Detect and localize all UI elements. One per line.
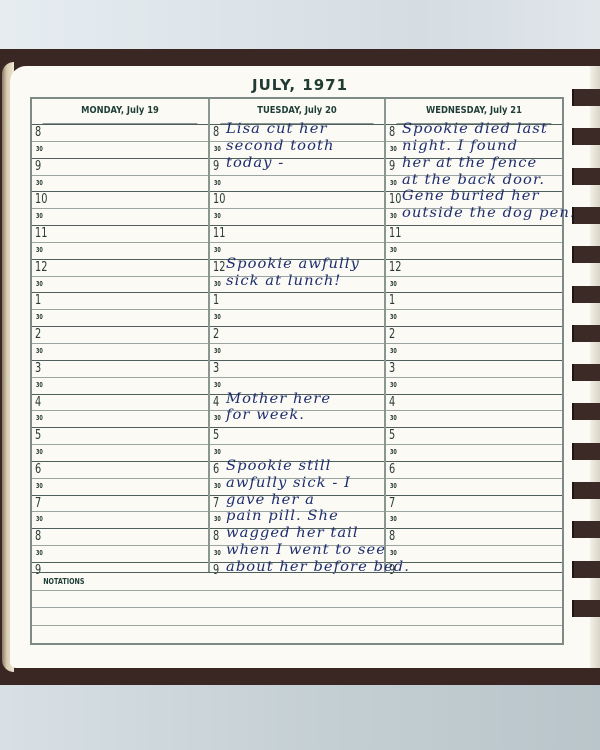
time-slot-row[interactable]: 30for week. bbox=[210, 410, 384, 427]
time-slot-row[interactable]: 1 bbox=[32, 292, 208, 309]
time-slot-row[interactable]: 5 bbox=[386, 427, 562, 444]
time-slot-row[interactable]: 11 bbox=[32, 225, 208, 242]
spiral-ring bbox=[572, 128, 600, 145]
time-slot-row[interactable]: 30 bbox=[32, 175, 208, 192]
time-label: 30 bbox=[214, 246, 221, 254]
time-slot-row[interactable]: 5 bbox=[32, 427, 208, 444]
time-slot-row[interactable]: 10 bbox=[32, 191, 208, 208]
handwritten-entry: Spookie died last bbox=[402, 121, 548, 137]
background-top bbox=[0, 0, 600, 50]
handwritten-entry: night. I found bbox=[402, 138, 518, 154]
time-label: 4 bbox=[35, 395, 41, 411]
time-label: 12 bbox=[389, 260, 401, 276]
time-slot-row[interactable]: 30 bbox=[386, 276, 562, 293]
time-label: 30 bbox=[36, 212, 43, 220]
time-slot-row[interactable]: 6 bbox=[32, 461, 208, 478]
time-slot-row[interactable]: 1 bbox=[386, 292, 562, 309]
time-slot-row[interactable]: 30 bbox=[32, 444, 208, 461]
time-label: 5 bbox=[35, 428, 41, 444]
time-slot-row[interactable]: 3 bbox=[210, 360, 384, 377]
time-slot-row[interactable]: 30 bbox=[386, 511, 562, 528]
time-slot-row[interactable]: 30 bbox=[32, 410, 208, 427]
spiral-ring bbox=[572, 521, 600, 538]
day-column-monday: MONDAY, July 19 830930103011301230130230… bbox=[32, 99, 210, 573]
time-label: 9 bbox=[389, 159, 395, 175]
time-label: 7 bbox=[389, 496, 395, 512]
time-label: 8 bbox=[213, 529, 219, 545]
time-slot-row[interactable]: 11 bbox=[210, 225, 384, 242]
time-slot-row[interactable]: 30 bbox=[386, 343, 562, 360]
time-label: 30 bbox=[214, 448, 221, 456]
time-label: 30 bbox=[390, 212, 397, 220]
handwritten-entry: outside the dog pen. bbox=[402, 205, 576, 221]
time-label: 8 bbox=[389, 125, 395, 141]
handwritten-entry: when I went to see bbox=[226, 542, 386, 558]
spiral-ring bbox=[572, 482, 600, 499]
time-slot-row[interactable]: 30 bbox=[386, 478, 562, 495]
time-slot-row[interactable]: 30 bbox=[210, 208, 384, 225]
planner-page: JULY, 1971 MONDAY, July 19 8309301030113… bbox=[10, 66, 590, 668]
time-slot-row[interactable]: 3 bbox=[386, 360, 562, 377]
time-label: 3 bbox=[35, 361, 41, 377]
handwritten-entry: gave her a bbox=[226, 492, 315, 508]
time-label: 30 bbox=[214, 179, 221, 187]
time-label: 7 bbox=[213, 496, 219, 512]
handwritten-entry: Gene buried her bbox=[402, 188, 540, 204]
time-slot-row[interactable]: 12 bbox=[386, 259, 562, 276]
time-label: 4 bbox=[213, 395, 219, 411]
time-label: 30 bbox=[36, 414, 43, 422]
day-header: MONDAY, July 19 bbox=[43, 99, 198, 124]
time-label: 6 bbox=[213, 462, 219, 478]
time-slot-row[interactable]: 30 bbox=[32, 343, 208, 360]
time-label: 8 bbox=[35, 125, 41, 141]
spiral-ring bbox=[572, 325, 600, 342]
time-label: 3 bbox=[389, 361, 395, 377]
time-slot-row[interactable]: 30sick at lunch! bbox=[210, 276, 384, 293]
time-label: 30 bbox=[36, 549, 43, 557]
time-label: 10 bbox=[389, 192, 401, 208]
notation-line[interactable] bbox=[32, 626, 562, 644]
time-slot-row[interactable]: 8 bbox=[386, 528, 562, 545]
time-slot-row[interactable]: 30 bbox=[386, 444, 562, 461]
spiral-ring bbox=[572, 89, 600, 106]
time-slot-row[interactable]: 30 bbox=[386, 410, 562, 427]
handwritten-entry: awfully sick - I bbox=[226, 475, 351, 491]
handwritten-entry: Mother here bbox=[226, 391, 331, 407]
time-label: 30 bbox=[390, 448, 397, 456]
time-slot-row[interactable]: 2 bbox=[210, 326, 384, 343]
notations-label: NOTATIONS bbox=[32, 573, 456, 590]
time-slot-row[interactable]: 1 bbox=[210, 292, 384, 309]
time-label: 7 bbox=[35, 496, 41, 512]
spiral-ring bbox=[572, 286, 600, 303]
time-label: 30 bbox=[36, 381, 43, 389]
time-label: 8 bbox=[35, 529, 41, 545]
handwritten-entry: her at the fence bbox=[402, 155, 537, 171]
time-label: 5 bbox=[213, 428, 219, 444]
time-label: 3 bbox=[213, 361, 219, 377]
time-label: 30 bbox=[390, 347, 397, 355]
time-slot-row[interactable]: 30 bbox=[210, 309, 384, 326]
spiral-ring bbox=[572, 364, 600, 381]
time-label: 30 bbox=[214, 381, 221, 389]
handwritten-entry: second tooth bbox=[226, 138, 334, 154]
time-slot-row[interactable]: 3 bbox=[32, 360, 208, 377]
handwritten-entry: Lisa cut her bbox=[226, 121, 328, 137]
time-slot-row[interactable]: 30 bbox=[386, 545, 562, 562]
handwritten-entry: for week. bbox=[226, 407, 305, 423]
time-slot-row[interactable]: 7 bbox=[32, 495, 208, 512]
handwritten-entry: Spookie still bbox=[226, 458, 331, 474]
time-label: 1 bbox=[213, 293, 219, 309]
handwritten-entry: pain pill. She bbox=[226, 508, 339, 524]
time-label: 30 bbox=[214, 482, 221, 490]
time-slot-row[interactable]: 30 bbox=[386, 242, 562, 259]
time-label: 10 bbox=[35, 192, 47, 208]
time-label: 6 bbox=[389, 462, 395, 478]
time-label: 11 bbox=[35, 226, 47, 242]
time-slot-row[interactable]: 2 bbox=[32, 326, 208, 343]
time-slot-row[interactable]: 9today - bbox=[210, 158, 384, 175]
time-slot-row[interactable]: 12 bbox=[32, 259, 208, 276]
time-slot-row[interactable]: 5 bbox=[210, 427, 384, 444]
day-column-tuesday: TUESDAY, July 20 8Lisa cut her30second t… bbox=[210, 99, 386, 573]
time-label: 30 bbox=[214, 212, 221, 220]
time-label: 8 bbox=[213, 125, 219, 141]
time-slot-row[interactable]: 30 bbox=[32, 141, 208, 158]
spiral-ring bbox=[572, 168, 600, 185]
time-label: 30 bbox=[36, 313, 43, 321]
time-label: 30 bbox=[214, 313, 221, 321]
time-label: 30 bbox=[36, 179, 43, 187]
time-label: 30 bbox=[36, 482, 43, 490]
time-label: 30 bbox=[214, 280, 221, 288]
time-label: 30 bbox=[36, 246, 43, 254]
time-label: 9 bbox=[213, 159, 219, 175]
spiral-ring bbox=[572, 561, 600, 578]
time-slot-row[interactable]: 30 bbox=[210, 343, 384, 360]
time-slot-row[interactable]: 6 bbox=[386, 461, 562, 478]
time-slot-row[interactable]: 9 bbox=[32, 158, 208, 175]
time-slot-row[interactable]: 30 bbox=[386, 377, 562, 394]
time-label: 30 bbox=[390, 515, 397, 523]
time-label: 30 bbox=[390, 179, 397, 187]
time-slot-row[interactable]: 30 bbox=[32, 478, 208, 495]
time-label: 30 bbox=[214, 414, 221, 422]
time-label: 11 bbox=[389, 226, 401, 242]
time-slot-row[interactable]: 11 bbox=[386, 225, 562, 242]
time-label: 4 bbox=[389, 395, 395, 411]
background-bottom bbox=[0, 685, 600, 750]
time-label: 30 bbox=[390, 145, 397, 153]
notation-line[interactable] bbox=[32, 591, 562, 609]
time-slot-row[interactable]: 30 bbox=[32, 208, 208, 225]
time-slot-row[interactable]: 30 bbox=[32, 377, 208, 394]
time-label: 1 bbox=[35, 293, 41, 309]
time-slot-row[interactable]: 30 bbox=[32, 242, 208, 259]
time-slot-row[interactable]: 4 bbox=[32, 394, 208, 411]
time-label: 30 bbox=[390, 313, 397, 321]
day-column-wednesday: WEDNESDAY, July 21 8Spookie died last30n… bbox=[386, 99, 562, 573]
spiral-ring bbox=[572, 246, 600, 263]
time-slot-row[interactable]: 30 bbox=[32, 309, 208, 326]
spiral-ring bbox=[572, 403, 600, 420]
time-label: 30 bbox=[390, 280, 397, 288]
schedule-grid: MONDAY, July 19 830930103011301230130230… bbox=[30, 97, 564, 645]
time-label: 2 bbox=[389, 327, 395, 343]
notation-line[interactable] bbox=[32, 608, 562, 626]
time-label: 1 bbox=[389, 293, 395, 309]
time-slot-row[interactable]: 7 bbox=[386, 495, 562, 512]
time-label: 30 bbox=[36, 280, 43, 288]
handwritten-entry: at the back door. bbox=[402, 172, 545, 188]
time-slot-row[interactable]: 30 bbox=[32, 511, 208, 528]
time-label: 30 bbox=[390, 549, 397, 557]
spiral-ring bbox=[572, 207, 600, 224]
time-slot-row[interactable]: 30 bbox=[210, 175, 384, 192]
time-label: 5 bbox=[389, 428, 395, 444]
handwritten-entry: sick at lunch! bbox=[226, 273, 341, 289]
page-title: JULY, 1971 bbox=[10, 76, 590, 94]
time-label: 12 bbox=[213, 260, 225, 276]
time-label: 30 bbox=[36, 145, 43, 153]
time-label: 2 bbox=[35, 327, 41, 343]
time-slot-row[interactable]: 30outside the dog pen. bbox=[386, 208, 562, 225]
time-label: 30 bbox=[214, 145, 221, 153]
time-label: 30 bbox=[390, 246, 397, 254]
handwritten-entry: Spookie awfully bbox=[226, 256, 360, 272]
time-slot-row[interactable]: 30 bbox=[32, 276, 208, 293]
time-label: 9 bbox=[35, 159, 41, 175]
time-slot-row[interactable]: 4 bbox=[386, 394, 562, 411]
time-label: 30 bbox=[390, 414, 397, 422]
time-label: 30 bbox=[214, 549, 221, 557]
time-slot-row[interactable]: 30 bbox=[32, 545, 208, 562]
time-label: 30 bbox=[214, 515, 221, 523]
time-slot-row[interactable]: 2 bbox=[386, 326, 562, 343]
time-label: 12 bbox=[35, 260, 47, 276]
handwritten-entry: wagged her tail bbox=[226, 525, 359, 541]
notations-section: NOTATIONS bbox=[32, 572, 562, 643]
time-label: 30 bbox=[36, 515, 43, 523]
time-label: 6 bbox=[35, 462, 41, 478]
time-slot-row[interactable]: 30 bbox=[386, 309, 562, 326]
time-label: 8 bbox=[389, 529, 395, 545]
time-label: 30 bbox=[390, 381, 397, 389]
time-slot-row[interactable]: 10 bbox=[210, 191, 384, 208]
spiral-ring bbox=[572, 600, 600, 617]
time-label: 30 bbox=[390, 482, 397, 490]
time-label: 30 bbox=[36, 347, 43, 355]
handwritten-entry: today - bbox=[226, 155, 284, 171]
time-slot-row[interactable]: 8 bbox=[32, 124, 208, 141]
time-label: 30 bbox=[214, 347, 221, 355]
time-label: 30 bbox=[36, 448, 43, 456]
spiral-ring bbox=[572, 443, 600, 460]
time-label: 10 bbox=[213, 192, 225, 208]
time-label: 2 bbox=[213, 327, 219, 343]
time-slot-row[interactable]: 8 bbox=[32, 528, 208, 545]
time-label: 11 bbox=[213, 226, 225, 242]
